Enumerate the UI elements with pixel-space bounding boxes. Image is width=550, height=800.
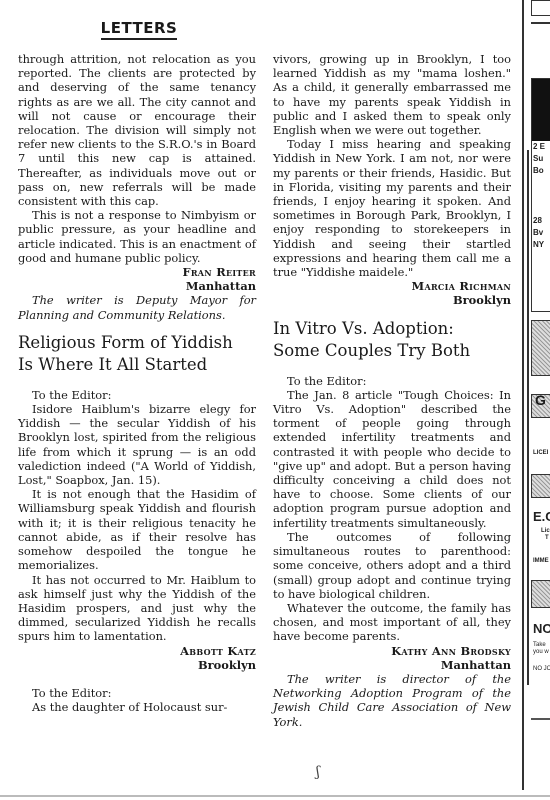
letter-location: Brooklyn	[18, 658, 256, 672]
ad-box	[531, 474, 550, 498]
ad-text: Bv	[533, 228, 543, 238]
section-title: LETTERS	[101, 19, 178, 40]
letter-paragraph: vivors, growing up in Brooklyn, I too le…	[273, 52, 511, 137]
ad-box-photo	[531, 78, 550, 312]
letter-paragraph: As the daughter of Holocaust sur-	[18, 700, 256, 714]
ad-text: NY	[533, 240, 544, 250]
page-bottom-edge	[0, 795, 550, 797]
letter-paragraph: It has not occurred to Mr. Haiblum to as…	[18, 573, 256, 644]
ad-box	[531, 320, 550, 376]
ad-box: G	[531, 394, 550, 418]
ad-rule	[531, 718, 550, 720]
letter-paragraph: Whatever the outcome, the family has cho…	[273, 601, 511, 644]
ad-box	[531, 580, 550, 608]
ad-photo	[532, 79, 550, 141]
ad-rule	[531, 22, 550, 24]
letter-paragraph: It is not enough that the Hasidim of Wil…	[18, 487, 256, 572]
ad-text: G	[532, 392, 546, 408]
ad-text: NO I	[533, 624, 550, 634]
letter-location: Manhattan	[18, 279, 256, 293]
ad-text: Su	[533, 154, 543, 164]
letter-paragraph: Isidore Haiblum's bizarre elegy for Yidd…	[18, 402, 256, 487]
headline-line: Is Where It All Started	[18, 355, 207, 374]
letter-location: Manhattan	[273, 658, 511, 672]
letter-paragraph: The outcomes of following simultaneous r…	[273, 530, 511, 601]
right-column: vivors, growing up in Brooklyn, I too le…	[273, 52, 511, 729]
writer-note: The writer is director of the Networking…	[273, 672, 511, 729]
letter-headline: Religious Form of Yiddish Is Where It Al…	[18, 332, 256, 376]
letter-paragraph: Today I miss hearing and speaking Yiddis…	[273, 137, 511, 279]
newspaper-page: LETTERS through attrition, not relocatio…	[0, 0, 550, 800]
ad-text: LICEI	[533, 448, 548, 458]
ad-text: you w	[533, 647, 549, 657]
ad-text: IMME	[533, 556, 549, 566]
letter-signature: Marcia Richman	[273, 279, 511, 293]
letter-headline: In Vitro Vs. Adoption: Some Couples Try …	[273, 318, 511, 362]
ad-text: 28	[533, 216, 542, 226]
headline-line: In Vitro Vs. Adoption:	[273, 319, 454, 338]
column-divider	[522, 0, 524, 790]
ad-text: NO JO	[533, 664, 550, 674]
salutation: To the Editor:	[273, 374, 511, 388]
letter-paragraph: This is not a response to Nimbyism or pu…	[18, 208, 256, 265]
letter-signature: Fran Reiter	[18, 265, 256, 279]
headline-line: Some Couples Try Both	[273, 341, 470, 360]
ad-border	[527, 150, 529, 685]
letter-location: Brooklyn	[273, 293, 511, 307]
letter-signature: Abbott Katz	[18, 644, 256, 658]
writer-note: The writer is Deputy Mayor for Planning …	[18, 293, 256, 321]
scan-artifact-mark: ʃ	[316, 764, 320, 780]
salutation: To the Editor:	[18, 686, 256, 700]
headline-line: Religious Form of Yiddish	[18, 333, 233, 352]
letter-paragraph: The Jan. 8 article "Tough Choices: In Vi…	[273, 388, 511, 530]
letter-signature: Kathy Ann Brodsky	[273, 644, 511, 658]
ad-text: T	[545, 533, 549, 543]
section-header: LETTERS	[18, 18, 260, 40]
letter-paragraph: through attrition, not relocation as you…	[18, 52, 256, 208]
ad-text: 2 E	[533, 142, 545, 152]
ad-text: E.C.	[533, 512, 550, 522]
left-column: through attrition, not relocation as you…	[18, 52, 256, 714]
advertisement-strip: 2 E Su Bo 28 Bv NY G LICEI E.C. Lic T IM…	[527, 0, 550, 800]
ad-box	[531, 0, 550, 16]
salutation: To the Editor:	[18, 388, 256, 402]
ad-text: Bo	[533, 166, 544, 176]
